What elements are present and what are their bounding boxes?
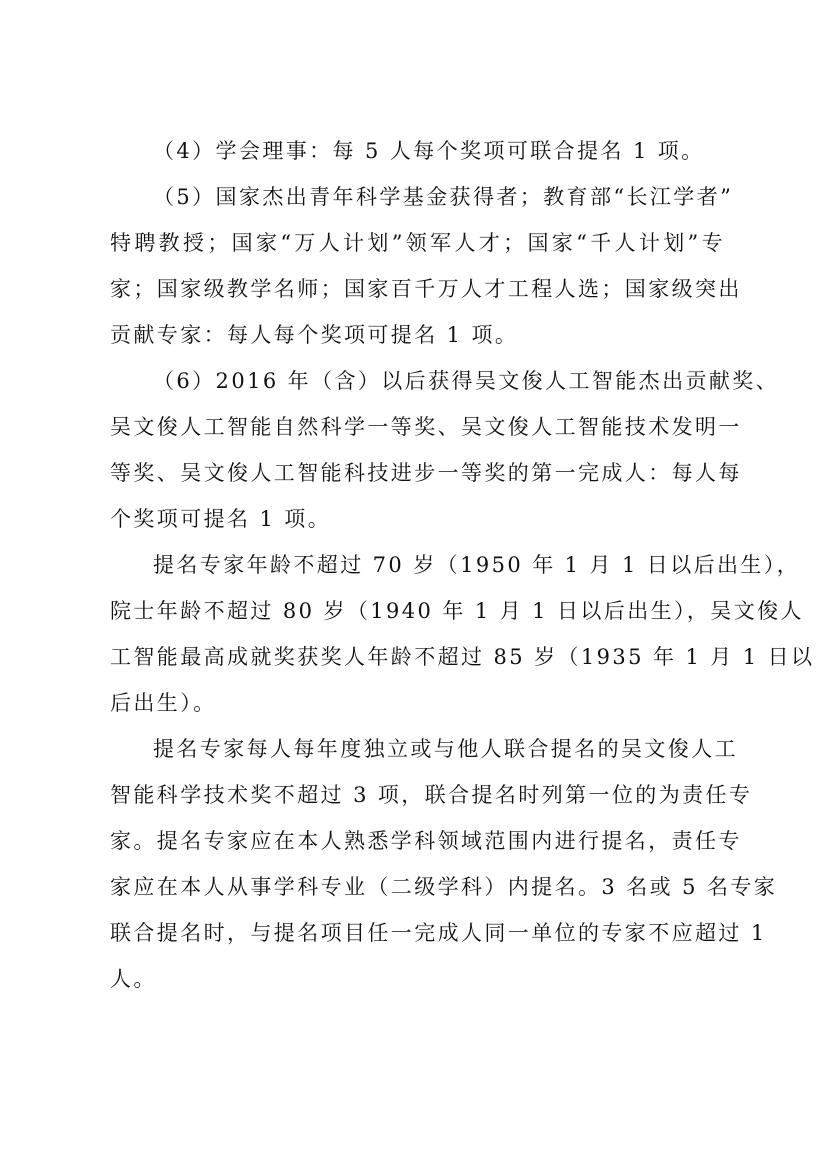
paragraph-line: 工智能最高成就奖获奖人年龄不超过 85 岁（1935 年 1 月 1 日以: [110, 644, 725, 670]
paragraph-line: 家；国家级教学名师；国家百千万人才工程人选；国家级突出: [110, 276, 725, 302]
document-page: （4）学会理事：每 5 人每个奖项可联合提名 1 项。 （5）国家杰出青年科学基…: [0, 0, 827, 1170]
paragraph-line: 提名专家每人每年度独立或与他人联合提名的吴文俊人工: [153, 736, 725, 762]
paragraph-line: 家应在本人从事学科专业（二级学科）内提名。3 名或 5 名专家: [110, 874, 725, 900]
paragraph-line: （6）2016 年（含）以后获得吴文俊人工智能杰出贡献奖、: [153, 368, 725, 394]
paragraph-line: 吴文俊人工智能自然科学一等奖、吴文俊人工智能技术发明一: [110, 414, 725, 440]
paragraph-line: 后出生）。: [110, 690, 725, 716]
paragraph-line: 特聘教授；国家“万人计划”领军人才；国家“千人计划”专: [110, 230, 725, 256]
paragraph-line: 院士年龄不超过 80 岁（1940 年 1 月 1 日以后出生），吴文俊人: [110, 598, 725, 624]
paragraph-line: 贡献专家：每人每个奖项可提名 1 项。: [110, 322, 725, 348]
paragraph-line: 联合提名时，与提名项目任一完成人同一单位的专家不应超过 1: [110, 920, 725, 946]
paragraph-line: 个奖项可提名 1 项。: [110, 506, 725, 532]
paragraph-line: 提名专家年龄不超过 70 岁（1950 年 1 月 1 日以后出生），: [153, 552, 725, 578]
paragraph-line: 家。提名专家应在本人熟悉学科领域范围内进行提名，责任专: [110, 828, 725, 854]
paragraph-line: 人。: [110, 966, 725, 992]
paragraph-line: （5）国家杰出青年科学基金获得者；教育部“长江学者”: [153, 184, 725, 210]
paragraph-line: 等奖、吴文俊人工智能科技进步一等奖的第一完成人：每人每: [110, 460, 725, 486]
paragraph-line: （4）学会理事：每 5 人每个奖项可联合提名 1 项。: [153, 138, 725, 164]
paragraph-line: 智能科学技术奖不超过 3 项，联合提名时列第一位的为责任专: [110, 782, 725, 808]
